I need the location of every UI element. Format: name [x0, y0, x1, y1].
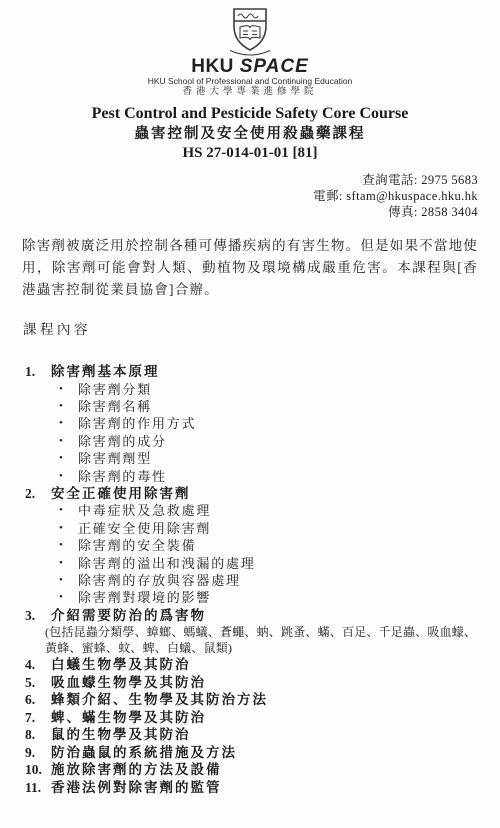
- bullet-text: 除害劑的成分: [78, 433, 167, 450]
- hku-crest-icon: [224, 6, 276, 56]
- item-number: 3.: [25, 607, 51, 625]
- course-title-zh: 蟲害控制及安全使用殺蟲藥課程: [0, 125, 500, 143]
- contact-phone-label: 查詢電話:: [362, 173, 421, 187]
- logo-wordmark: HKU SPACE: [0, 58, 500, 75]
- course-outline: 1.除害劑基本原理 除害劑分類 除害劑名稱 除害劑的作用方式 除害劑的成分 除害…: [25, 363, 500, 796]
- logo-subtitle-zh: 香港大學專業進修學院: [0, 86, 500, 98]
- contact-block: 查詢電話: 2975 5683 電郵: sftam@hkuspace.hku.h…: [0, 172, 500, 220]
- bullet-text: 除害劑的作用方式: [78, 415, 196, 432]
- outline-item-1: 1.除害劑基本原理: [25, 363, 500, 381]
- item-number: 8.: [25, 726, 51, 744]
- course-title-en: Pest Control and Pesticide Safety Core C…: [0, 105, 500, 123]
- bullet-item: 除害劑對環境的影響: [25, 589, 500, 606]
- item-title: 施放除害劑的方法及設備: [51, 761, 222, 779]
- item-number: 6.: [25, 691, 51, 709]
- item-title: 蜱、蟎生物學及其防治: [51, 709, 206, 727]
- bullet-item: 除害劑的溢出和洩漏的處理: [25, 555, 500, 572]
- outline-item-9: 9.防治蟲鼠的系統措施及方法: [25, 744, 500, 762]
- contact-email-value: sftam@hkuspace.hku.hk: [346, 189, 478, 203]
- contact-phone-value: 2975 5683: [421, 173, 478, 187]
- item-number: 9.: [25, 744, 51, 762]
- bullet-text: 除害劑的溢出和洩漏的處理: [78, 555, 256, 572]
- outline-item-2: 2.安全正確使用除害劑: [25, 485, 500, 503]
- bullet-text: 除害劑的安全裝備: [78, 537, 196, 554]
- contact-fax-value: 2858 3404: [421, 205, 478, 219]
- logo-wordmark-hku: HKU: [191, 56, 234, 77]
- outline-item-10: 10.施放除害劑的方法及設備: [25, 761, 500, 779]
- outline-item-6: 6.蜂類介紹、生物學及其防治方法: [25, 691, 500, 709]
- bullet-item: 除害劑的毒性: [25, 468, 500, 485]
- bullet-text: 除害劑的毒性: [78, 468, 167, 485]
- bullet-item: 除害劑的作用方式: [25, 415, 500, 432]
- bullet-text: 除害劑的存放與容器處理: [78, 572, 241, 589]
- bullet-text: 正確安全使用除害劑: [78, 520, 211, 537]
- outline-item-4: 4.白蟻生物學及其防治: [25, 656, 500, 674]
- logo-subtitle-en: HKU School of Professional and Continuin…: [0, 76, 500, 86]
- logo-wordmark-space: SPACE: [240, 56, 309, 77]
- contact-fax-line: 傳真: 2858 3404: [0, 204, 478, 220]
- outline-note: (包括昆蟲分類學、蟑螂、螞蟻、蒼蠅、蚋、跳蚤、蟎、百足、千足蟲、吸血蠓、黃蜂、蜜…: [45, 624, 483, 656]
- bullet-item: 除害劑的存放與容器處理: [25, 572, 500, 589]
- item-title: 白蟻生物學及其防治: [51, 656, 191, 674]
- section-heading: 課程內容: [23, 318, 500, 338]
- bullet-text: 除害劑對環境的影響: [78, 589, 211, 606]
- outline-item-7: 7.蜱、蟎生物學及其防治: [25, 709, 500, 727]
- bullet-item: 除害劑分類: [25, 381, 500, 398]
- outline-item-5: 5.吸血蠓生物學及其防治: [25, 674, 500, 692]
- item-title: 鼠的生物學及其防治: [51, 726, 191, 744]
- item-number: 10.: [25, 761, 51, 779]
- item-number: 2.: [25, 485, 51, 503]
- bullet-item: 中毒症狀及急救處理: [25, 502, 500, 519]
- intro-paragraph: 除害劑被廣泛用於控制各種可傳播疾病的有害生物。但是如果不當地使用，除害劑可能會對…: [22, 235, 478, 301]
- contact-email-line: 電郵: sftam@hkuspace.hku.hk: [0, 188, 478, 204]
- bullet-item: 除害劑的安全裝備: [25, 537, 500, 554]
- course-code: HS 27-014-01-01 [81]: [0, 145, 500, 162]
- bullet-text: 除害劑劑型: [78, 450, 152, 467]
- item-number: 1.: [25, 363, 51, 381]
- bullet-text: 中毒症狀及急救處理: [78, 502, 211, 519]
- outline-item-8: 8.鼠的生物學及其防治: [25, 726, 500, 744]
- bullet-text: 除害劑分類: [78, 381, 152, 398]
- contact-fax-label: 傳真:: [388, 205, 421, 219]
- item-title: 介紹需要防治的爲害物: [51, 607, 206, 625]
- outline-item-3: 3.介紹需要防治的爲害物: [25, 607, 500, 625]
- item-title: 香港法例對除害劑的監管: [51, 779, 222, 797]
- item-number: 7.: [25, 709, 51, 727]
- bullet-item: 除害劑的成分: [25, 433, 500, 450]
- bullet-text: 除害劑名稱: [78, 398, 152, 415]
- item-number: 4.: [25, 656, 51, 674]
- item-title: 蜂類介紹、生物學及其防治方法: [51, 691, 268, 709]
- contact-phone-line: 查詢電話: 2975 5683: [0, 172, 478, 188]
- bullet-item: 正確安全使用除害劑: [25, 520, 500, 537]
- outline-item-11: 11.香港法例對除害劑的監管: [25, 779, 500, 797]
- title-block: Pest Control and Pesticide Safety Core C…: [0, 105, 500, 162]
- bullet-item: 除害劑名稱: [25, 398, 500, 415]
- item-number: 5.: [25, 674, 51, 692]
- item-number: 11.: [25, 779, 51, 797]
- contact-email-label: 電郵:: [313, 189, 346, 203]
- item-title: 吸血蠓生物學及其防治: [51, 674, 206, 692]
- hku-logo: HKU SPACE HKU School of Professional and…: [0, 0, 500, 98]
- document-page: HKU SPACE HKU School of Professional and…: [0, 0, 500, 828]
- item-title: 除害劑基本原理: [51, 363, 160, 381]
- item-title: 防治蟲鼠的系統措施及方法: [51, 744, 237, 762]
- item-title: 安全正確使用除害劑: [51, 485, 191, 503]
- bullet-item: 除害劑劑型: [25, 450, 500, 467]
